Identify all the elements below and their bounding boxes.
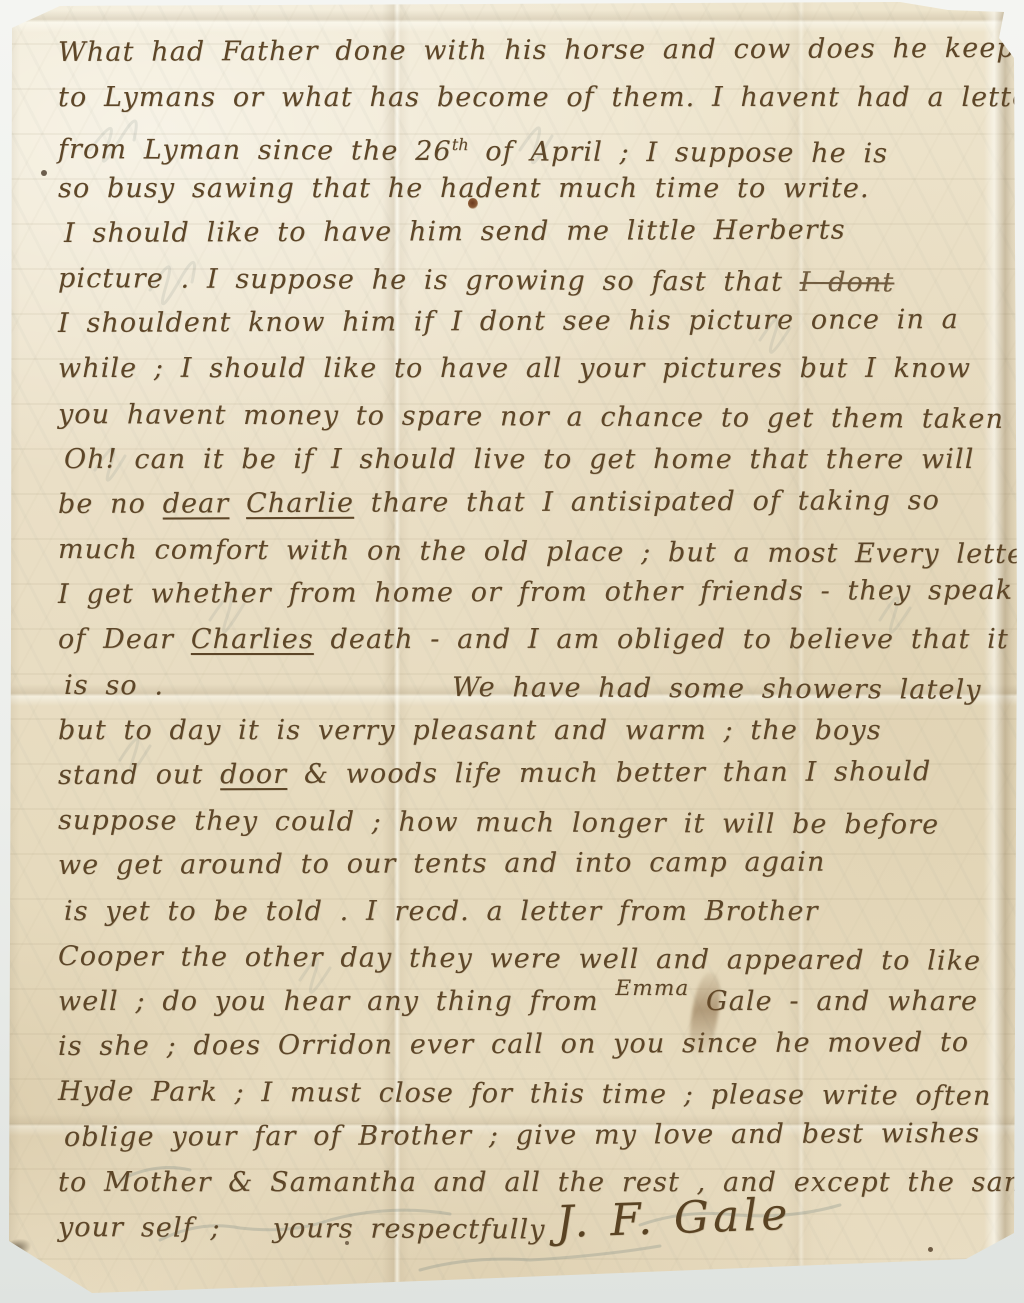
letter-line: of Dear Charlies death - and I am oblige…	[58, 617, 1014, 662]
letter-line: we get around to our tents and into camp…	[58, 839, 1014, 888]
corner-stain	[3, 1234, 34, 1262]
text-segment: We have had some showers lately	[452, 672, 982, 706]
text-segment	[229, 488, 246, 519]
text-segment: so busy sawing that he hadent much time …	[58, 173, 870, 204]
text-segment: well ; do you hear any thing from	[58, 986, 615, 1017]
text-segment: I shouldent know him if I dont see his p…	[58, 304, 959, 339]
text-segment: you havent money to spare nor a chance t…	[58, 399, 1024, 435]
underlined-word: dear	[163, 488, 230, 519]
letter-line: well ; do you hear any thing from Emma G…	[58, 979, 1014, 1024]
letter-line: is she ; does Orridon ever call on you s…	[58, 1020, 1014, 1069]
text-segment: picture . I suppose he is growing so fas…	[58, 263, 800, 298]
text-segment: is she ; does Orridon ever call on you s…	[58, 1027, 969, 1062]
text-segment: be no	[58, 488, 163, 519]
text-segment: to Mother & Samantha and all the rest , …	[58, 1167, 1024, 1198]
ink-speck	[41, 170, 47, 176]
signature: J. F. Gale	[555, 1189, 792, 1248]
letter-line: oblige your far of Brother ; give my lov…	[64, 1110, 1014, 1159]
text-segment: Cooper the other day they were well and …	[58, 941, 981, 977]
letter-line: to Mother & Samantha and all the rest , …	[58, 1160, 1014, 1205]
text-segment: while ; I should like to have all your p…	[58, 353, 971, 384]
letter-line: so busy sawing that he hadent much time …	[58, 166, 1014, 211]
text-segment: of Dear	[58, 624, 191, 655]
letter-line: I should like to have him send me little…	[64, 207, 1014, 256]
letter-line: is so .We have had some showers lately	[64, 663, 1014, 713]
text-segment: yours respectfully	[273, 1213, 546, 1245]
text-segment: we get around to our tents and into camp…	[58, 847, 826, 881]
text-segment: Gale - and whare	[689, 986, 978, 1017]
letter-line: What had Father done with his horse and …	[58, 26, 1014, 75]
text-segment: is so .	[64, 670, 164, 702]
letter-line: to Lymans or what has become of them. I …	[58, 75, 1014, 120]
letter-line: Cooper the other day they were well and …	[58, 934, 1014, 984]
text-segment: I get whether from home or from other fr…	[58, 575, 1013, 610]
text-segment: to Lymans or what has become of them. I …	[58, 82, 1024, 113]
text-segment: your self ;	[58, 1212, 221, 1244]
letter-line: I shouldent know him if I dont see his p…	[58, 297, 1014, 346]
text-segment: is yet to be told . I recd. a letter fro…	[64, 896, 819, 927]
letter-line: your self ;yours respectfully	[58, 1205, 1014, 1255]
letter-line: stand out door & woods life much better …	[58, 749, 1014, 798]
text-segment: oblige your far of Brother ; give my lov…	[64, 1118, 980, 1153]
letter-body: What had Father done with his horse and …	[58, 30, 1014, 1250]
letter-line: I get whether from home or from other fr…	[58, 568, 1014, 617]
underlined-word: Charlie	[246, 488, 354, 519]
text-segment: death - and I am obliged to believe that…	[314, 624, 1009, 655]
text-segment: from Lyman since the 26	[58, 134, 452, 167]
text-segment: What had Father done with his horse and …	[58, 32, 1024, 68]
struck-out-word: I dont	[800, 267, 895, 298]
text-segment: of April ; I suppose he is	[469, 137, 889, 170]
text-segment: Hyde Park ; I must close for this time ;…	[58, 1076, 992, 1112]
letter-line: while ; I should like to have all your p…	[58, 346, 1014, 391]
paper-left-edge-shadow	[0, 0, 20, 1303]
letter-line: Oh! can it be if I should live to get ho…	[64, 437, 1014, 482]
inserted-word-above-line: Emma	[615, 976, 689, 1001]
text-segment: stand out	[58, 759, 220, 791]
letter-line: be no dear Charlie thare that I antisipa…	[58, 478, 1014, 527]
letter-line: but to day it is verry pleasant and warm…	[58, 708, 1014, 753]
underlined-word: door	[220, 759, 287, 790]
text-segment: I should like to have him send me little…	[64, 214, 846, 248]
text-segment: but to day it is verry pleasant and warm…	[58, 715, 882, 746]
superscript-text: th	[452, 135, 469, 154]
text-segment: thare that I antisipated of taking so	[354, 485, 940, 519]
scan-stage: What had Father done with his horse and …	[0, 0, 1024, 1303]
letter-paper: What had Father done with his horse and …	[0, 0, 1024, 1303]
text-segment: much comfort with on the old place ; but…	[58, 534, 1024, 570]
letter-line: is yet to be told . I recd. a letter fro…	[64, 889, 1014, 934]
text-segment: & woods life much better than I should	[287, 756, 931, 790]
letter-line: from Lyman since the 26th of April ; I s…	[58, 120, 1014, 170]
text-segment: Oh! can it be if I should live to get ho…	[64, 444, 974, 475]
text-segment: suppose they could ; how much longer it …	[58, 805, 939, 841]
underlined-word: Charlies	[191, 624, 314, 655]
letter-line: you havent money to spare nor a chance t…	[58, 392, 1014, 442]
